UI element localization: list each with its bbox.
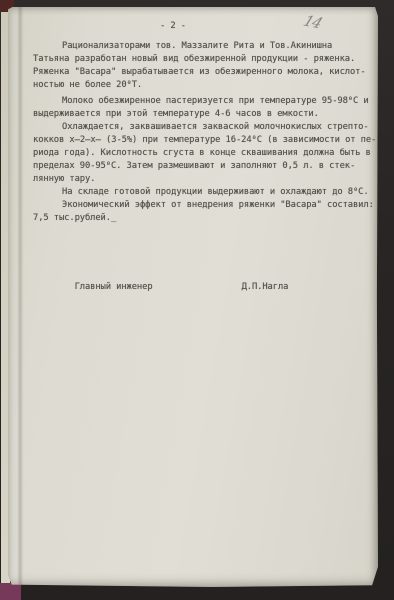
doc-line: 7,5 тыс.рублей._ <box>33 212 364 225</box>
page-number: - 2 - <box>33 20 313 33</box>
signature-row: Главный инженерД.П.Нагла <box>33 268 364 307</box>
doc-line: лянную тару. <box>33 173 364 186</box>
doc-line: ностью не более 20⁰Т. <box>33 79 364 92</box>
doc-line: Рационализаторами тов. Маззалите Рита и … <box>33 40 364 53</box>
doc-line: Экономический эффект от внедрения ряженк… <box>33 199 364 212</box>
typewritten-content: - 2 - Рационализаторами тов. Маззалите Р… <box>33 20 364 307</box>
doc-line: выдерживается при этой температуре 4-6 ч… <box>33 108 364 121</box>
doc-line: Охлаждается, заквашивается закваской мол… <box>33 121 364 134</box>
doc-line: На складе готовой продукции выдерживают … <box>33 186 364 199</box>
signature-role: Главный инженер <box>75 281 242 294</box>
doc-line: Ряженка "Васара" вырабатывается из обезж… <box>33 66 364 79</box>
signature-name: Д.П.Нагла <box>242 281 289 294</box>
doc-line: пределах 90-95⁰С. Затем размешивают и за… <box>33 160 364 173</box>
doc-line: Молоко обезжиренное пастеризуется при те… <box>33 95 364 108</box>
scanned-document-scene: 14 - 2 - Рационализаторами тов. Маззалит… <box>0 0 394 600</box>
doc-line: кокков х̶2̶х̶ (3-5%) при температуре 16-… <box>33 134 364 147</box>
doc-line: риода года). Кислотность сгуста в конце … <box>33 147 364 160</box>
paper-crease <box>17 7 24 587</box>
document-page: 14 - 2 - Рационализаторами тов. Маззалит… <box>8 7 378 587</box>
book-spine-accent <box>0 583 21 600</box>
doc-line: Татьяна разработан новый вид обезжиренно… <box>33 53 364 66</box>
